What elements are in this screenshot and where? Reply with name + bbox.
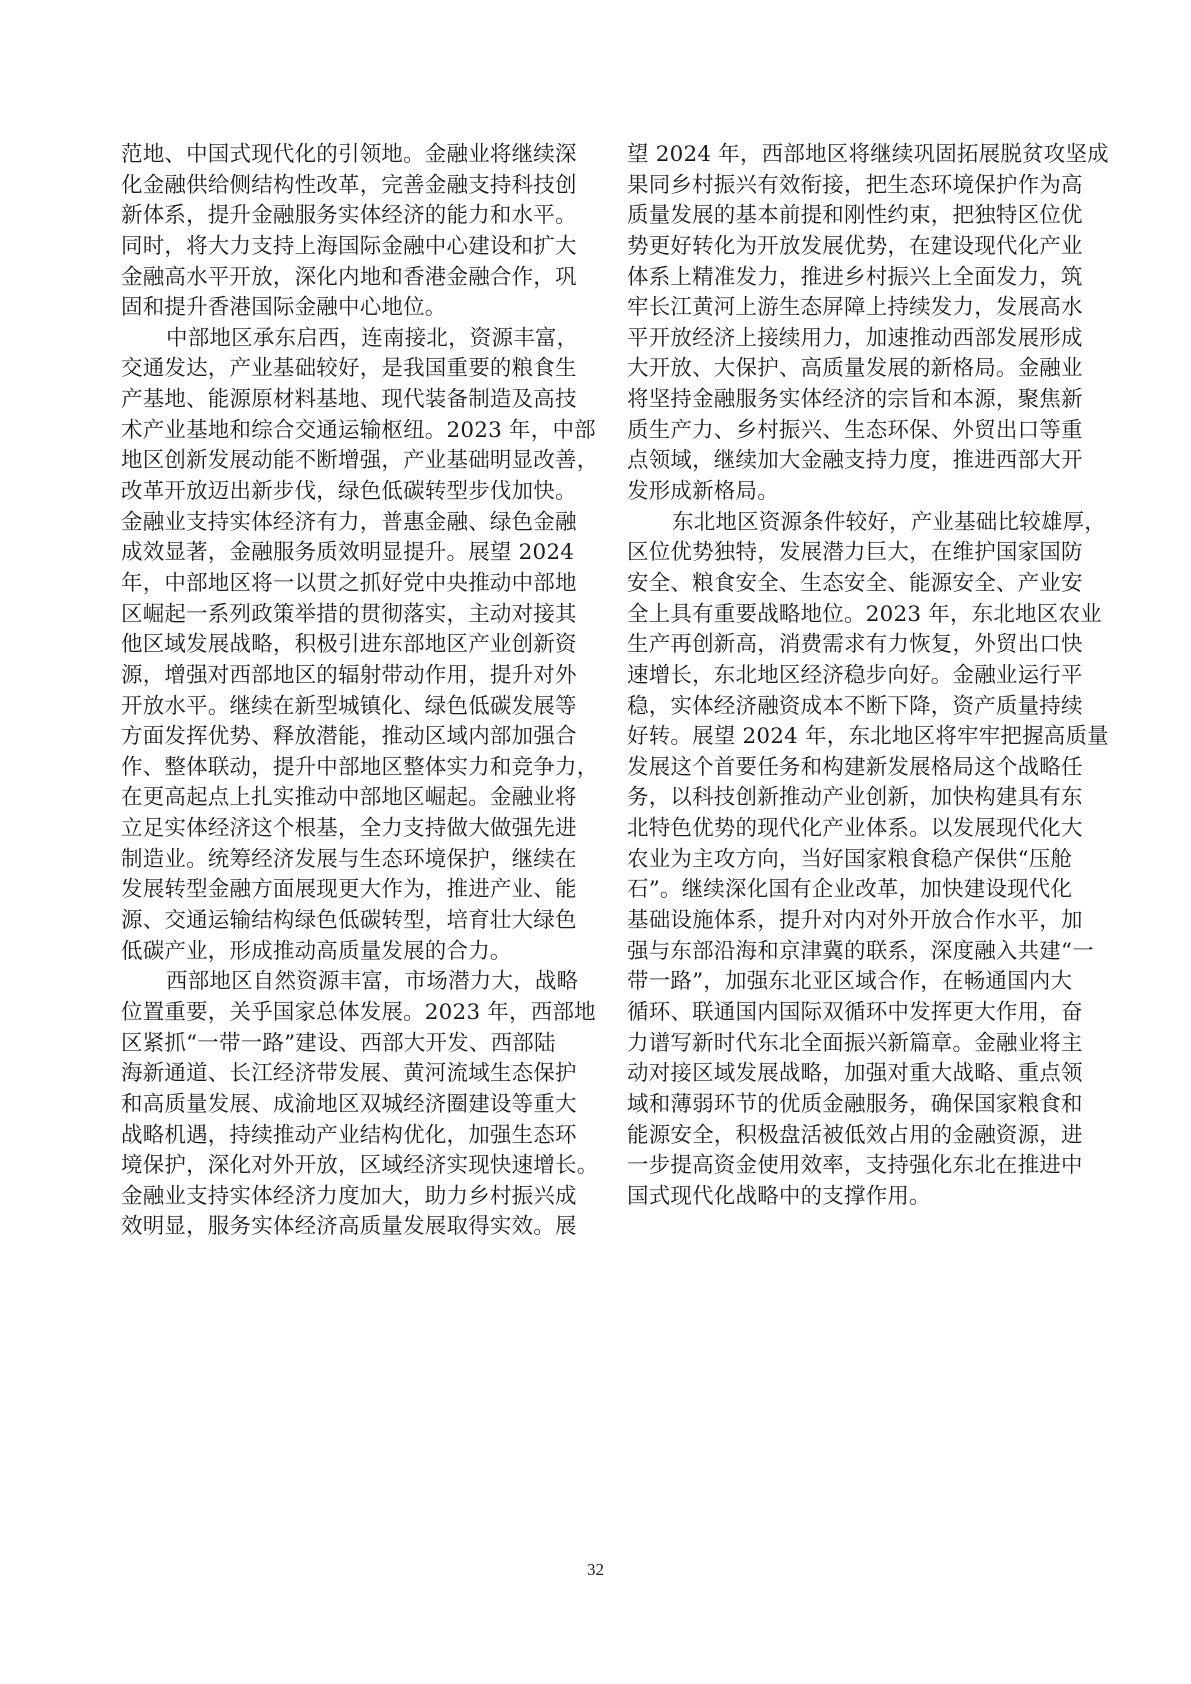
text-line: 国式现代化战略中的支撑作用。 (627, 1182, 1063, 1213)
text-line: 在更高起点上扎实推动中部地区崛起。金融业将 (121, 783, 545, 814)
text-line: 石”。继续深化国有企业改革，加快建设现代化 (627, 875, 1063, 906)
text-line: 北特色优势的现代化产业体系。以发展现代化大 (627, 814, 1063, 845)
text-line: 位置重要，关乎国家总体发展。2023 年，西部地 (121, 998, 545, 1029)
text-line: 开放水平。继续在新型城镇化、绿色低碳发展等 (121, 692, 545, 723)
right-text-column: 望 2024 年，西部地区将继续巩固拓展脱贫攻坚成果同乡村振兴有效衔接，把生态环… (627, 140, 1063, 1212)
text-line: 成效显著，金融服务质效明显提升。展望 2024 (121, 538, 545, 569)
text-line: 低碳产业，形成推动高质量发展的合力。 (121, 937, 545, 968)
text-line: 将坚持金融服务实体经济的宗旨和本源，聚焦新 (627, 385, 1063, 416)
text-line: 生产再创新高，消费需求有力恢复，外贸出口快 (627, 630, 1063, 661)
text-line: 年，中部地区将一以贯之抓好党中央推动中部地 (121, 569, 545, 600)
text-line: 质量发展的基本前提和刚性约束，把独特区位优 (627, 201, 1063, 232)
text-line: 交通发达，产业基础较好，是我国重要的粮食生 (121, 354, 545, 385)
paragraph-first-line: 西部地区自然资源丰富，市场潜力大，战略 (121, 967, 545, 998)
text-line: 区紧抓“一带一路”建设、西部大开发、西部陆 (121, 1029, 545, 1060)
text-line: 金融业支持实体经济力度加大，助力乡村振兴成 (121, 1182, 545, 1213)
text-line: 力谱写新时代东北全面振兴新篇章。金融业将主 (627, 1029, 1063, 1060)
text-line: 发展这个首要任务和构建新发展格局这个战略任 (627, 753, 1063, 784)
text-line: 平开放经济上接续用力，加速推动西部发展形成 (627, 324, 1063, 355)
text-line: 务，以科技创新推动产业创新，加快构建具有东 (627, 783, 1063, 814)
text-line: 动对接区域发展战略，加强对重大战略、重点领 (627, 1059, 1063, 1090)
text-line: 他区域发展战略，积极引进东部地区产业创新资 (121, 630, 545, 661)
page-number: 32 (0, 1560, 1191, 1580)
text-line: 果同乡村振兴有效衔接，把生态环境保护作为高 (627, 171, 1063, 202)
text-line: 发形成新格局。 (627, 477, 1063, 508)
text-line: 带一路”，加强东北亚区域合作，在畅通国内大 (627, 967, 1063, 998)
text-line: 势更好转化为开放发展优势，在建设现代化产业 (627, 232, 1063, 263)
text-line: 立足实体经济这个根基，全力支持做大做强先进 (121, 814, 545, 845)
text-line: 金融高水平开放，深化内地和香港金融合作，巩 (121, 263, 545, 294)
text-line: 发展转型金融方面展现更大作为，推进产业、能 (121, 875, 545, 906)
text-line: 制造业。统筹经济发展与生态环境保护，继续在 (121, 845, 545, 876)
text-line: 体系上精准发力，推进乡村振兴上全面发力，筑 (627, 263, 1063, 294)
paragraph-first-line: 东北地区资源条件较好，产业基础比较雄厚， (627, 508, 1063, 539)
text-line: 基础设施体系，提升对内对外开放合作水平，加 (627, 906, 1063, 937)
text-line: 望 2024 年，西部地区将继续巩固拓展脱贫攻坚成 (627, 140, 1063, 171)
text-line: 术产业基地和综合交通运输枢纽。2023 年，中部 (121, 416, 545, 447)
document-page: 范地、中国式现代化的引领地。金融业将继续深化金融供给侧结构性改革，完善金融支持科… (0, 0, 1191, 1684)
text-line: 同时，将大力支持上海国际金融中心建设和扩大 (121, 232, 545, 263)
text-line: 速增长，东北地区经济稳步向好。金融业运行平 (627, 661, 1063, 692)
text-line: 一步提高资金使用效率，支持强化东北在推进中 (627, 1151, 1063, 1182)
text-line: 源、交通运输结构绿色低碳转型，培育壮大绿色 (121, 906, 545, 937)
text-line: 全上具有重要战略地位。2023 年，东北地区农业 (627, 600, 1063, 631)
text-line: 作、整体联动，提升中部地区整体实力和竞争力， (121, 753, 545, 784)
text-line: 固和提升香港国际金融中心地位。 (121, 293, 545, 324)
text-line: 地区创新发展动能不断增强，产业基础明显改善， (121, 446, 545, 477)
text-line: 点领域，继续加大金融支持力度，推进西部大开 (627, 446, 1063, 477)
text-line: 循环、联通国内国际双循环中发挥更大作用，奋 (627, 998, 1063, 1029)
text-line: 能源安全，积极盘活被低效占用的金融资源，进 (627, 1121, 1063, 1152)
text-line: 牢长江黄河上游生态屏障上持续发力，发展高水 (627, 293, 1063, 324)
text-line: 方面发挥优势、释放潜能，推动区域内部加强合 (121, 722, 545, 753)
left-text-column: 范地、中国式现代化的引领地。金融业将继续深化金融供给侧结构性改革，完善金融支持科… (121, 140, 545, 1243)
text-line: 战略机遇，持续推动产业结构优化，加强生态环 (121, 1121, 545, 1152)
text-line: 域和薄弱环节的优质金融服务，确保国家粮食和 (627, 1090, 1063, 1121)
text-line: 好转。展望 2024 年，东北地区将牢牢把握高质量 (627, 722, 1063, 753)
text-line: 安全、粮食安全、生态安全、能源安全、产业安 (627, 569, 1063, 600)
text-line: 海新通道、长江经济带发展、黄河流域生态保护 (121, 1059, 545, 1090)
text-line: 质生产力、乡村振兴、生态环保、外贸出口等重 (627, 416, 1063, 447)
text-line: 源，增强对西部地区的辐射带动作用，提升对外 (121, 661, 545, 692)
text-line: 产基地、能源原材料基地、现代装备制造及高技 (121, 385, 545, 416)
text-line: 范地、中国式现代化的引领地。金融业将继续深 (121, 140, 545, 171)
text-line: 新体系，提升金融服务实体经济的能力和水平。 (121, 201, 545, 232)
paragraph-first-line: 中部地区承东启西，连南接北，资源丰富， (121, 324, 545, 355)
text-line: 效明显，服务实体经济高质量发展取得实效。展 (121, 1212, 545, 1243)
text-line: 改革开放迈出新步伐，绿色低碳转型步伐加快。 (121, 477, 545, 508)
text-line: 金融业支持实体经济有力，普惠金融、绿色金融 (121, 508, 545, 539)
text-line: 化金融供给侧结构性改革，完善金融支持科技创 (121, 171, 545, 202)
text-line: 境保护，深化对外开放，区域经济实现快速增长。 (121, 1151, 545, 1182)
text-line: 农业为主攻方向，当好国家粮食稳产保供“压舱 (627, 845, 1063, 876)
text-line: 区崛起一系列政策举措的贯彻落实，主动对接其 (121, 600, 545, 631)
text-line: 稳，实体经济融资成本不断下降，资产质量持续 (627, 692, 1063, 723)
text-line: 和高质量发展、成渝地区双城经济圈建设等重大 (121, 1090, 545, 1121)
text-line: 强与东部沿海和京津冀的联系，深度融入共建“一 (627, 937, 1063, 968)
text-line: 大开放、大保护、高质量发展的新格局。金融业 (627, 354, 1063, 385)
text-line: 区位优势独特，发展潜力巨大，在维护国家国防 (627, 538, 1063, 569)
